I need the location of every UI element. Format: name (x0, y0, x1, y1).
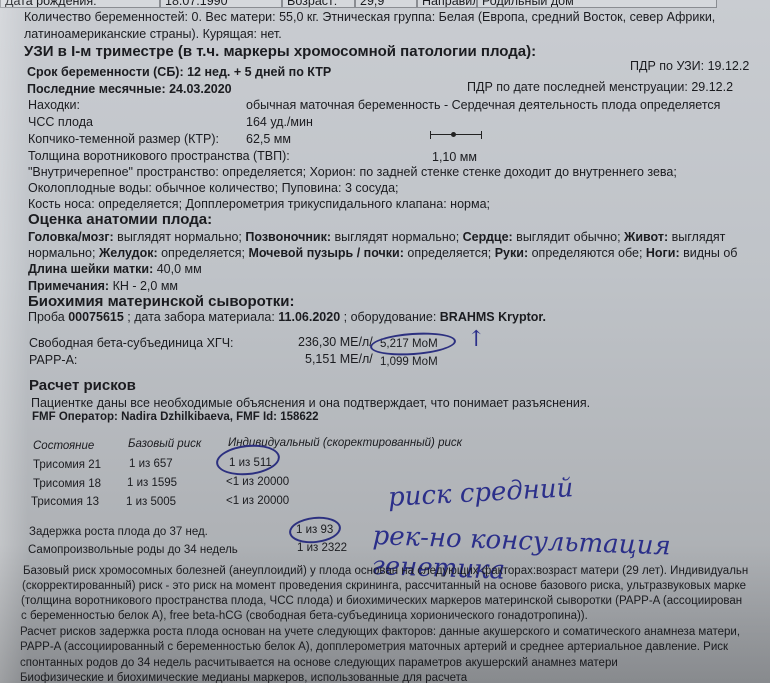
sample-id: 00075615 (68, 310, 124, 324)
col-condition: Состояние (33, 439, 94, 454)
anatomy-item-value: выглядят нормально; (331, 230, 463, 244)
row-t18-individual: <1 из 20000 (226, 475, 289, 490)
patient-header-strip: Дата рождения: 18.07.1990 Возраст: 29,9 … (0, 0, 717, 7)
cervix-value: 40,0 мм (153, 262, 201, 276)
row-preterm-condition: Самопроизвольные роды до 34 недель (28, 543, 238, 558)
amniotic-cord: Околоплодные воды: обычное количество; П… (28, 181, 399, 196)
anatomy-item-value: определяется; (158, 246, 249, 260)
referred-label: Направил: (417, 0, 477, 8)
biochem-section-title: Биохимия материнской сыворотки: (28, 294, 295, 309)
footer-line-6: PAPP-A (ассоциированный с беременностью … (20, 640, 728, 655)
anatomy-item-value: выглядят нормально; (114, 230, 246, 244)
findings-label: Находки: (28, 98, 80, 113)
referred-value: Родильный дом (477, 0, 717, 8)
marker-pappa-value: 5,151 МЕ/л/ (305, 352, 373, 367)
fhr-label: ЧСС плода (28, 115, 93, 130)
anatomy-item-label: Ноги: (646, 246, 680, 260)
row-t13-condition: Трисомия 13 (31, 495, 99, 510)
anatomy-item-label: Желудок: (99, 246, 158, 260)
handwritten-note-1: риск средний (387, 473, 574, 513)
equipment: BRAHMS Kryptor. (440, 310, 546, 324)
patient-info-line2: латиноамериканские страны). Курящая: нет… (24, 27, 282, 42)
row-t21-base: 1 из 657 (129, 457, 173, 472)
anatomy-row2: нормально; Желудок: определяется; Мочево… (28, 246, 737, 261)
ultrasound-section-title: УЗИ в I-м триместре (в т.ч. маркеры хром… (24, 44, 536, 59)
fhr-value: 164 уд./мин (246, 115, 313, 130)
patient-info-line1: Количество беременностей: 0. Вес матери:… (24, 10, 715, 25)
sample-date-label: ; дата забора материала: (124, 310, 278, 324)
notes-label: Примечания: (28, 279, 109, 293)
anatomy-item-label: Позвоночник: (245, 230, 331, 244)
cervix-label: Длина шейки матки: (28, 262, 153, 276)
findings-value: обычная маточная беременность - Сердечна… (246, 98, 720, 113)
edd-ultrasound: ПДР по УЗИ: 19.12.2 (630, 59, 749, 74)
row-t13-base: 1 из 5005 (126, 495, 176, 510)
anatomy-item-value: нормально; (28, 246, 99, 260)
handwritten-circle-t21 (215, 442, 282, 479)
row-t21-condition: Трисомия 21 (33, 458, 101, 473)
col-base-risk: Базовый риск (128, 437, 201, 452)
anatomy-item-value: определяется; (404, 246, 495, 260)
consent-text: Пациентке даны все необходимые объяснени… (31, 396, 590, 411)
intracranial-chorion: "Внутричерепное" пространство: определяе… (28, 165, 677, 180)
handwritten-up-arrow-icon: ↑ (467, 327, 485, 352)
anatomy-item-label: Руки: (495, 246, 528, 260)
nt-measurement-scale-icon (430, 131, 482, 139)
anatomy-item-value: выглядит обычно; (513, 230, 624, 244)
footer-line-2: (скорректированный) риск - это риск на м… (22, 579, 746, 594)
marker-hcg-name: Свободная бета-субъединица ХГЧ: (29, 336, 234, 351)
footer-line-7: спонтанных родов до 34 недель расчитывае… (20, 656, 618, 671)
footer-line-8: Биофизические и биохимические медианы ма… (20, 671, 467, 683)
handwritten-circle-hcg (369, 330, 456, 358)
age-value: 29,9 (355, 0, 417, 8)
last-menstruation: Последние месячные: 24.03.2020 (27, 82, 232, 97)
notes: Примечания: КН - 2,0 мм (28, 279, 178, 294)
crl-value: 62,5 мм (246, 132, 291, 147)
anatomy-row1: Головка/мозг: выглядят нормально; Позвон… (28, 230, 725, 245)
anatomy-item-value: определяются обе; (528, 246, 646, 260)
cervix-length: Длина шейки матки: 40,0 мм (28, 262, 202, 277)
anatomy-item-label: Сердце: (463, 230, 513, 244)
sample-prefix: Проба (28, 310, 68, 324)
anatomy-item-label: Живот: (624, 230, 668, 244)
equipment-label: ; оборудование: (340, 310, 440, 324)
row-preterm-risk: 1 из 2322 (297, 541, 347, 556)
birth-date-label: Дата рождения: (0, 0, 160, 8)
footer-line-1: Базовый риск хромосомных болезней (анеуп… (23, 564, 748, 579)
sample-info: Проба 00075615 ; дата забора материала: … (28, 310, 546, 325)
notes-value: КН - 2,0 мм (109, 279, 178, 293)
birth-date-value: 18.07.1990 (160, 0, 282, 8)
anatomy-item-label: Мочевой пузырь / почки: (248, 246, 403, 260)
fmf-operator: FMF Оператор: Nadira Dzhilkibaeva, FMF I… (32, 410, 319, 425)
sample-date: 11.06.2020 (278, 310, 340, 324)
row-t18-base: 1 из 1595 (127, 476, 177, 491)
row-t18-condition: Трисомия 18 (33, 477, 101, 492)
anatomy-item-value: видны об (680, 246, 738, 260)
anatomy-section-title: Оценка анатомии плода: (28, 212, 212, 227)
nt-label: Толщина воротникового пространства (ТВП)… (28, 149, 290, 164)
row-fgr-condition: Задержка роста плода до 37 нед. (29, 525, 208, 540)
footer-line-4: с беременностью белок А), free beta-hCG … (21, 609, 588, 624)
nt-value: 1,10 мм (432, 150, 477, 165)
nasal-bone-doppler: Кость носа: определяется; Допплерометрия… (28, 197, 490, 212)
anatomy-item-value: выглядят (668, 230, 725, 244)
footer-line-5: Расчет рисков задержка роста плода основ… (20, 625, 740, 640)
row-t13-individual: <1 из 20000 (226, 494, 289, 509)
marker-pappa-name: PAPP-A: (29, 353, 77, 368)
gestational-age: Срок беременности (СБ): 12 нед. + 5 дней… (27, 65, 331, 80)
age-label: Возраст: (282, 0, 355, 8)
marker-hcg-value: 236,30 МЕ/л/ (298, 335, 373, 350)
ultrasound-report-page: Дата рождения: 18.07.1990 Возраст: 29,9 … (0, 0, 770, 683)
crl-label: Копчико-теменной размер (КТР): (28, 132, 219, 147)
marker-pappa-mom: 1,099 МоМ (380, 355, 438, 370)
footer-line-3: (толщина воротникового пространства плод… (21, 594, 742, 609)
risk-section-title: Расчет рисков (29, 378, 136, 393)
edd-lmp: ПДР по дате последней менструации: 29.12… (467, 80, 733, 95)
anatomy-item-label: Головка/мозг: (28, 230, 114, 244)
